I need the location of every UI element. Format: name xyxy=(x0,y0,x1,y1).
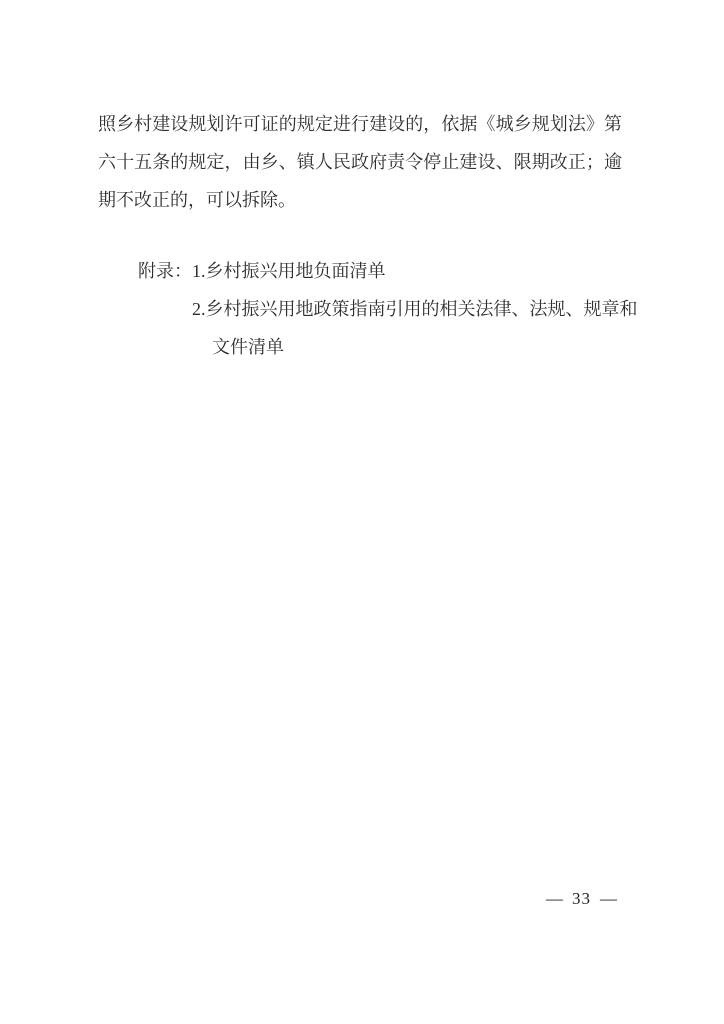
appendix-label: 附录： xyxy=(138,252,192,290)
page-number-dash-left: — xyxy=(546,889,563,908)
paragraph-line-3: 期不改正的，可以拆除。 xyxy=(98,181,622,219)
appendix-item-1-row: 附录：1.乡村振兴用地负面清单 xyxy=(138,252,658,290)
paragraph-line-1: 照乡村建设规划许可证的规定进行建设的，依据《城乡规划法》第 xyxy=(98,105,622,143)
page-number-dash-right: — xyxy=(600,889,617,908)
appendix-item-2: 2.乡村振兴用地政策指南引用的相关法律、法规、规章和 xyxy=(192,290,658,328)
page-number: —33— xyxy=(546,888,617,910)
main-paragraph: 照乡村建设规划许可证的规定进行建设的，依据《城乡规划法》第 六十五条的规定，由乡… xyxy=(98,105,622,219)
appendix-item-2-continuation: 文件清单 xyxy=(212,328,658,366)
appendix-block: 附录：1.乡村振兴用地负面清单 2.乡村振兴用地政策指南引用的相关法律、法规、规… xyxy=(138,252,658,366)
page-number-value: 33 xyxy=(572,889,591,908)
appendix-item-1: 1.乡村振兴用地负面清单 xyxy=(192,261,386,281)
document-page: 照乡村建设规划许可证的规定进行建设的，依据《城乡规划法》第 六十五条的规定，由乡… xyxy=(0,0,724,1024)
paragraph-line-2: 六十五条的规定，由乡、镇人民政府责令停止建设、限期改正；逾 xyxy=(98,143,622,181)
